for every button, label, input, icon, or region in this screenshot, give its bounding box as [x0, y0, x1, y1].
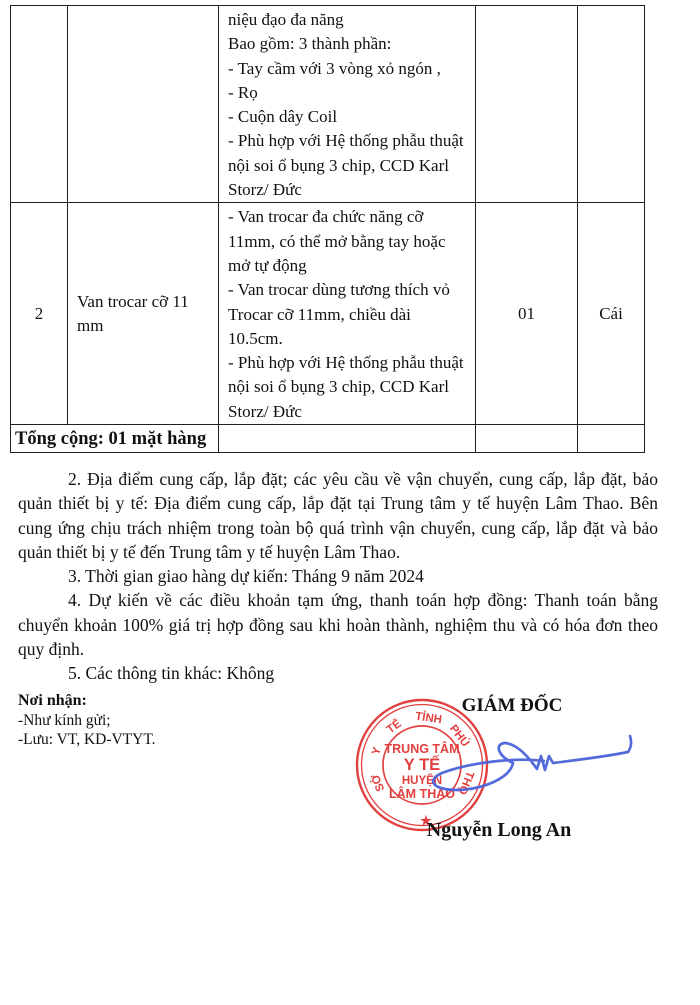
document-page: niệu đạo đa năng Bao gồm: 3 thành phần: … — [0, 0, 700, 1005]
stamp-ring-word: TẾ — [384, 717, 404, 736]
cell-empty — [476, 425, 578, 453]
recipients-line: -Lưu: VT, KD-VTYT. — [18, 730, 156, 750]
table-row-2: 2 Van trocar cỡ 11 mm - Van trocar đa ch… — [11, 203, 645, 425]
paragraph-5: 5. Các thông tin khác: Không — [18, 661, 658, 685]
desc-line: - Rọ — [228, 81, 469, 105]
desc-line: Bao gồm: 3 thành phần: — [228, 32, 469, 56]
cell-description: - Van trocar đa chức năng cỡ 11mm, có th… — [219, 203, 476, 425]
signatory-title: GIÁM ĐỐC — [432, 695, 592, 717]
cell-empty — [578, 425, 645, 453]
desc-line: - Cuộn dây Coil — [228, 105, 469, 129]
cell-empty — [219, 425, 476, 453]
cell-description: niệu đạo đa năng Bao gồm: 3 thành phần: … — [219, 6, 476, 203]
desc-line: - Tay cầm với 3 vòng xỏ ngón , — [228, 57, 469, 81]
desc-line: niệu đạo đa năng — [228, 8, 469, 32]
total-row: Tổng cộng: 01 mặt hàng — [11, 425, 645, 453]
cell-stt: 2 — [11, 203, 68, 425]
recipients-line: -Như kính gửi; — [18, 711, 156, 731]
signature-scribble-icon — [416, 726, 638, 810]
body-paragraphs: 2. Địa điểm cung cấp, lắp đặt; các yêu c… — [18, 467, 658, 686]
cell-name: Van trocar cỡ 11 mm — [68, 203, 219, 425]
cell-qty — [476, 6, 578, 203]
table-row-1: niệu đạo đa năng Bao gồm: 3 thành phần: … — [11, 6, 645, 203]
recipients-block: Nơi nhận: -Như kính gửi; -Lưu: VT, KD-VT… — [18, 691, 156, 750]
items-table: niệu đạo đa năng Bao gồm: 3 thành phần: … — [10, 5, 645, 453]
total-label: Tổng cộng: 01 mặt hàng — [11, 425, 219, 453]
cell-qty: 01 — [476, 203, 578, 425]
desc-line: - Van trocar đa chức năng cỡ 11mm, có th… — [228, 205, 469, 278]
recipients-title: Nơi nhận: — [18, 691, 156, 711]
paragraph-3: 3. Thời gian giao hàng dự kiến: Tháng 9 … — [18, 564, 658, 588]
desc-line: - Phù hợp với Hệ thống phẫu thuật nội so… — [228, 129, 469, 202]
cell-unit: Cái — [578, 203, 645, 425]
desc-line: - Van trocar dùng tương thích vỏ Trocar … — [228, 278, 469, 351]
cell-name — [68, 6, 219, 203]
signature-stroke — [433, 736, 631, 790]
desc-line: - Phù hợp với Hệ thống phẫu thuật nội so… — [228, 351, 469, 424]
stamp-ring-word: Y — [370, 746, 384, 757]
paragraph-2: 2. Địa điểm cung cấp, lắp đặt; các yêu c… — [18, 467, 658, 564]
paragraph-4: 4. Dự kiến về các điều khoản tạm ứng, th… — [18, 588, 658, 661]
cell-unit — [578, 6, 645, 203]
signatory-name: Nguyễn Long An — [384, 819, 614, 842]
cell-stt — [11, 6, 68, 203]
